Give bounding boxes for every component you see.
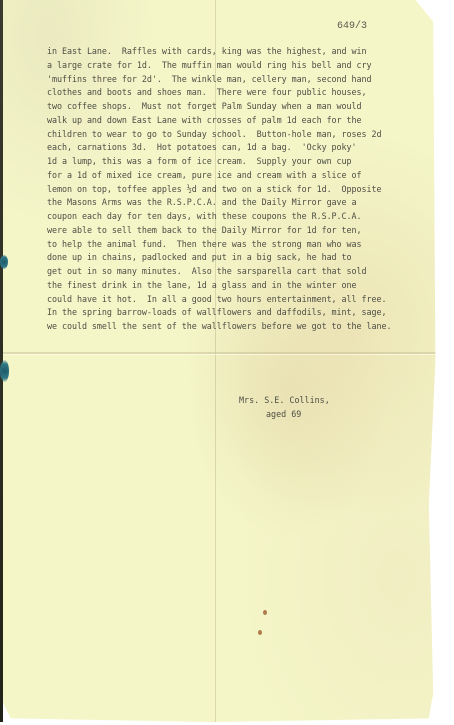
fold-crease-horizontal [2, 352, 442, 354]
text-line: walk up and down East Lane with crosses … [47, 114, 447, 128]
text-line: 1d a lump, this was a form of ice cream.… [47, 155, 447, 169]
text-line: 'muffins three for 2d'. The winkle man, … [47, 73, 447, 87]
text-line: done up in chains, padlocked and put in … [47, 251, 447, 265]
text-line: each, carnations 3d. Hot potatoes can, 1… [47, 141, 447, 155]
text-line: the Masons Arms was the R.S.P.C.A. and t… [47, 196, 447, 210]
signature-name: Mrs. S.E. Collins, [239, 395, 330, 405]
text-line: a large crate for 1d. The muffin man wou… [47, 59, 447, 73]
text-line: could have it hot. In all a good two hou… [47, 293, 447, 307]
text-line: two coffee shops. Must not forget Palm S… [47, 100, 447, 114]
signature-block: Mrs. S.E. Collins, aged 69 [239, 393, 330, 421]
signature-age: aged 69 [239, 407, 330, 421]
ink-blot [0, 255, 8, 269]
ink-blot [0, 360, 9, 382]
text-line: children to wear to go to Sunday school.… [47, 128, 447, 142]
text-line: were able to sell them back to the Daily… [47, 224, 447, 238]
text-line: coupon each day for ten days, with these… [47, 210, 447, 224]
document-page: 649/3 in East Lane. Raffles with cards, … [2, 0, 442, 722]
text-line: the finest drink in the lane, 1d a glass… [47, 279, 447, 293]
text-line: to help the animal fund. Then there was … [47, 238, 447, 252]
reference-number: 649/3 [337, 21, 367, 32]
text-line: for a 1d of mixed ice cream, pure ice an… [47, 169, 447, 183]
text-line: we could smell the sent of the wallflowe… [47, 320, 447, 334]
text-line: clothes and boots and shoes man. There w… [47, 86, 447, 100]
typed-body-text: in East Lane. Raffles with cards, king w… [47, 45, 447, 334]
rust-spot [263, 610, 267, 615]
text-line: get out in so many minutes. Also the sar… [47, 265, 447, 279]
text-line: lemon on top, toffee apples ½d and two o… [47, 183, 447, 197]
text-line: in East Lane. Raffles with cards, king w… [47, 45, 447, 59]
text-line: In the spring barrow-loads of wallflower… [47, 306, 447, 320]
rust-spot [258, 630, 262, 635]
